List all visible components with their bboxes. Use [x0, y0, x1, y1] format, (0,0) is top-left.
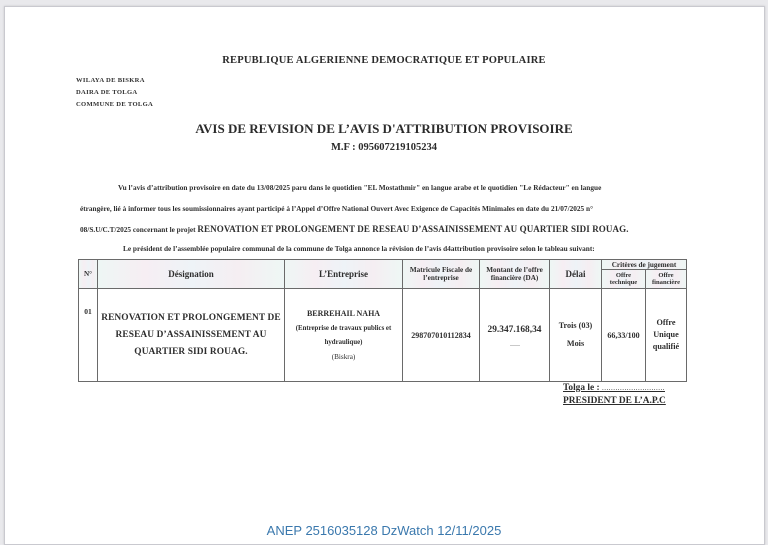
cell-entreprise: BERREHAIL NAHA (Entreprise de travaux pu… [285, 289, 403, 382]
entreprise-city: (Biskra) [285, 350, 402, 364]
entreprise-type: (Entreprise de travaux publics et hydrau… [285, 322, 402, 350]
signature-place-label: Tolga le : [563, 383, 600, 393]
header-delai: Délai [550, 260, 602, 289]
body-line-2: étrangère, lié à informer tous les soumi… [80, 204, 593, 213]
header-offre-technique: Offre technique [602, 270, 646, 289]
footer-reference: ANEP 2516035128 DzWatch 12/11/2025 [0, 523, 768, 538]
cell-offre-technique: 66,33/100 [602, 289, 646, 382]
montant-dash [510, 345, 520, 346]
delai-value: Trois (03) [550, 317, 601, 335]
entreprise-name: BERREHAIL NAHA [285, 306, 402, 322]
cell-montant: 29.347.168,34 [480, 289, 550, 382]
attribution-table: N° Désignation L’Entreprise Matricule Fi… [78, 259, 687, 382]
header-offre-financiere: Offre financière [646, 270, 687, 289]
project-name: RENOVATION ET PROLONGEMENT DE RESEAU D’A… [197, 224, 628, 234]
signature-date-dots: ............................ [602, 384, 665, 392]
body-line-3-prefix: 08/S.U/C.T/2025 concernant le projet [80, 225, 196, 234]
notice-title: AVIS DE REVISION DE L’AVIS D'ATTRIBUTION… [0, 121, 768, 137]
header-matricule: Matricule Fiscale de l’entreprise [403, 260, 480, 289]
admin-daira: DAIRA DE TOLGA [76, 89, 137, 96]
cell-delai: Trois (03) Mois [550, 289, 602, 382]
cell-matricule: 298707010112834 [403, 289, 480, 382]
header-no: N° [79, 260, 98, 289]
fiscal-number: M.F : 095607219105234 [0, 142, 768, 153]
cell-offre-financiere: Offre Unique qualifié [646, 289, 687, 382]
delai-unit: Mois [550, 335, 601, 353]
body-line-4: Le président de l’assemblée populaire co… [123, 244, 595, 253]
table-row: 01 RENOVATION ET PROLONGEMENT DE RESEAU … [79, 289, 687, 382]
admin-commune: COMMUNE DE TOLGA [76, 101, 153, 108]
cell-designation: RENOVATION ET PROLONGEMENT DE RESEAU D’A… [98, 289, 285, 382]
body-line-3: 08/S.U/C.T/2025 concernant le projet REN… [80, 224, 629, 234]
signature-place: Tolga le : ............................ [563, 383, 665, 393]
header-criteres: Critères de jugement [602, 260, 687, 270]
admin-wilaya: WILAYA DE BISKRA [76, 77, 145, 84]
cell-no: 01 [79, 289, 98, 382]
republic-header: REPUBLIQUE ALGERIENNE DEMOCRATIQUE ET PO… [0, 55, 768, 66]
header-montant: Montant de l’offre financière (DA) [480, 260, 550, 289]
header-entreprise: L’Entreprise [285, 260, 403, 289]
header-designation: Désignation [98, 260, 285, 289]
montant-value: 29.347.168,34 [488, 325, 542, 335]
body-line-1: Vu l’avis d’attribution provisoire en da… [118, 183, 601, 192]
signature-title: PRESIDENT DE L’A.P.C [563, 396, 666, 406]
